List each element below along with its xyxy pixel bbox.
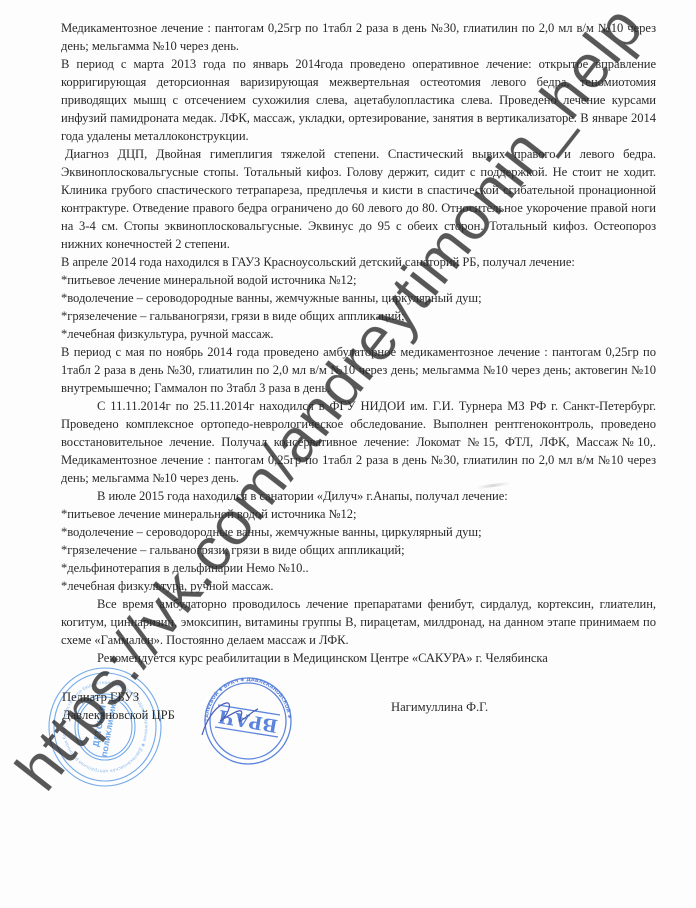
document-body: Медикаментозное лечение : пантогам 0,25г… [61,19,656,667]
paragraph-medication-1: Медикаментозное лечение : пантогам 0,25г… [61,19,656,55]
paragraph-surgery: В период с марта 2013 года по январь 201… [61,55,656,145]
list-item: *дельфинотерапия в дельфинарии Немо №10.… [61,559,656,577]
paragraph-ongoing-treatment: Все время амбулаторно проводилось лечени… [61,595,656,649]
list-item: *лечебная физкультура, ручной массаж. [61,577,656,595]
signature-position-line-2: Давлекановской ЦРБ [62,706,175,724]
list-item: *питьевое лечение минеральной водой исто… [61,505,656,523]
clinic-stamp-icon: государственное бюджетное учреждение здр… [45,665,165,790]
doctor-stamp-icon: ГАЛЕЕВОЙ ✱ ВРАЧ ✱ ДАВЛЕКАНОВСКОЙ ✱ ВРАЧ [196,675,296,767]
signature-position-line-1: Педиатр ГБУЗ [62,688,175,706]
signature-position: Педиатр ГБУЗ Давлекановской ЦРБ [62,688,175,724]
paragraph-diagnosis: Диагноз ДЦП, Двойная гимеплигия тяжелой … [61,145,656,253]
paragraph-outpatient-2014: В период с мая по ноябрь 2014 года прове… [61,343,656,397]
paragraph-sanatorium-2015: В июле 2015 года находился в санатории «… [61,487,656,505]
paragraph-turner-institute: С 11.11.2014г по 25.11.2014г находился в… [61,397,656,487]
list-item: *питьевое лечение минеральной водой исто… [61,271,656,289]
list-item: *грязелечение – гальваногрязи, грязи в в… [61,307,656,325]
doctor-name: Нагимуллина Ф.Г. [391,698,488,716]
list-item: *грязелечение – гальваногрязи, грязи в в… [61,541,656,559]
sanatorium-2015-list: *питьевое лечение минеральной водой исто… [61,505,656,595]
list-item: *водолечение – сероводородные ванны, жем… [61,523,656,541]
sanatorium-2014-list: *питьевое лечение минеральной водой исто… [61,271,656,343]
paragraph-sanatorium-2014: В апреле 2014 года находился в ГАУЗ Крас… [61,253,656,271]
document-page: Медикаментозное лечение : пантогам 0,25г… [0,0,696,908]
list-item: *водолечение – сероводородные ванны, жем… [61,289,656,307]
list-item: *лечебная физкультура, ручной массаж. [61,325,656,343]
